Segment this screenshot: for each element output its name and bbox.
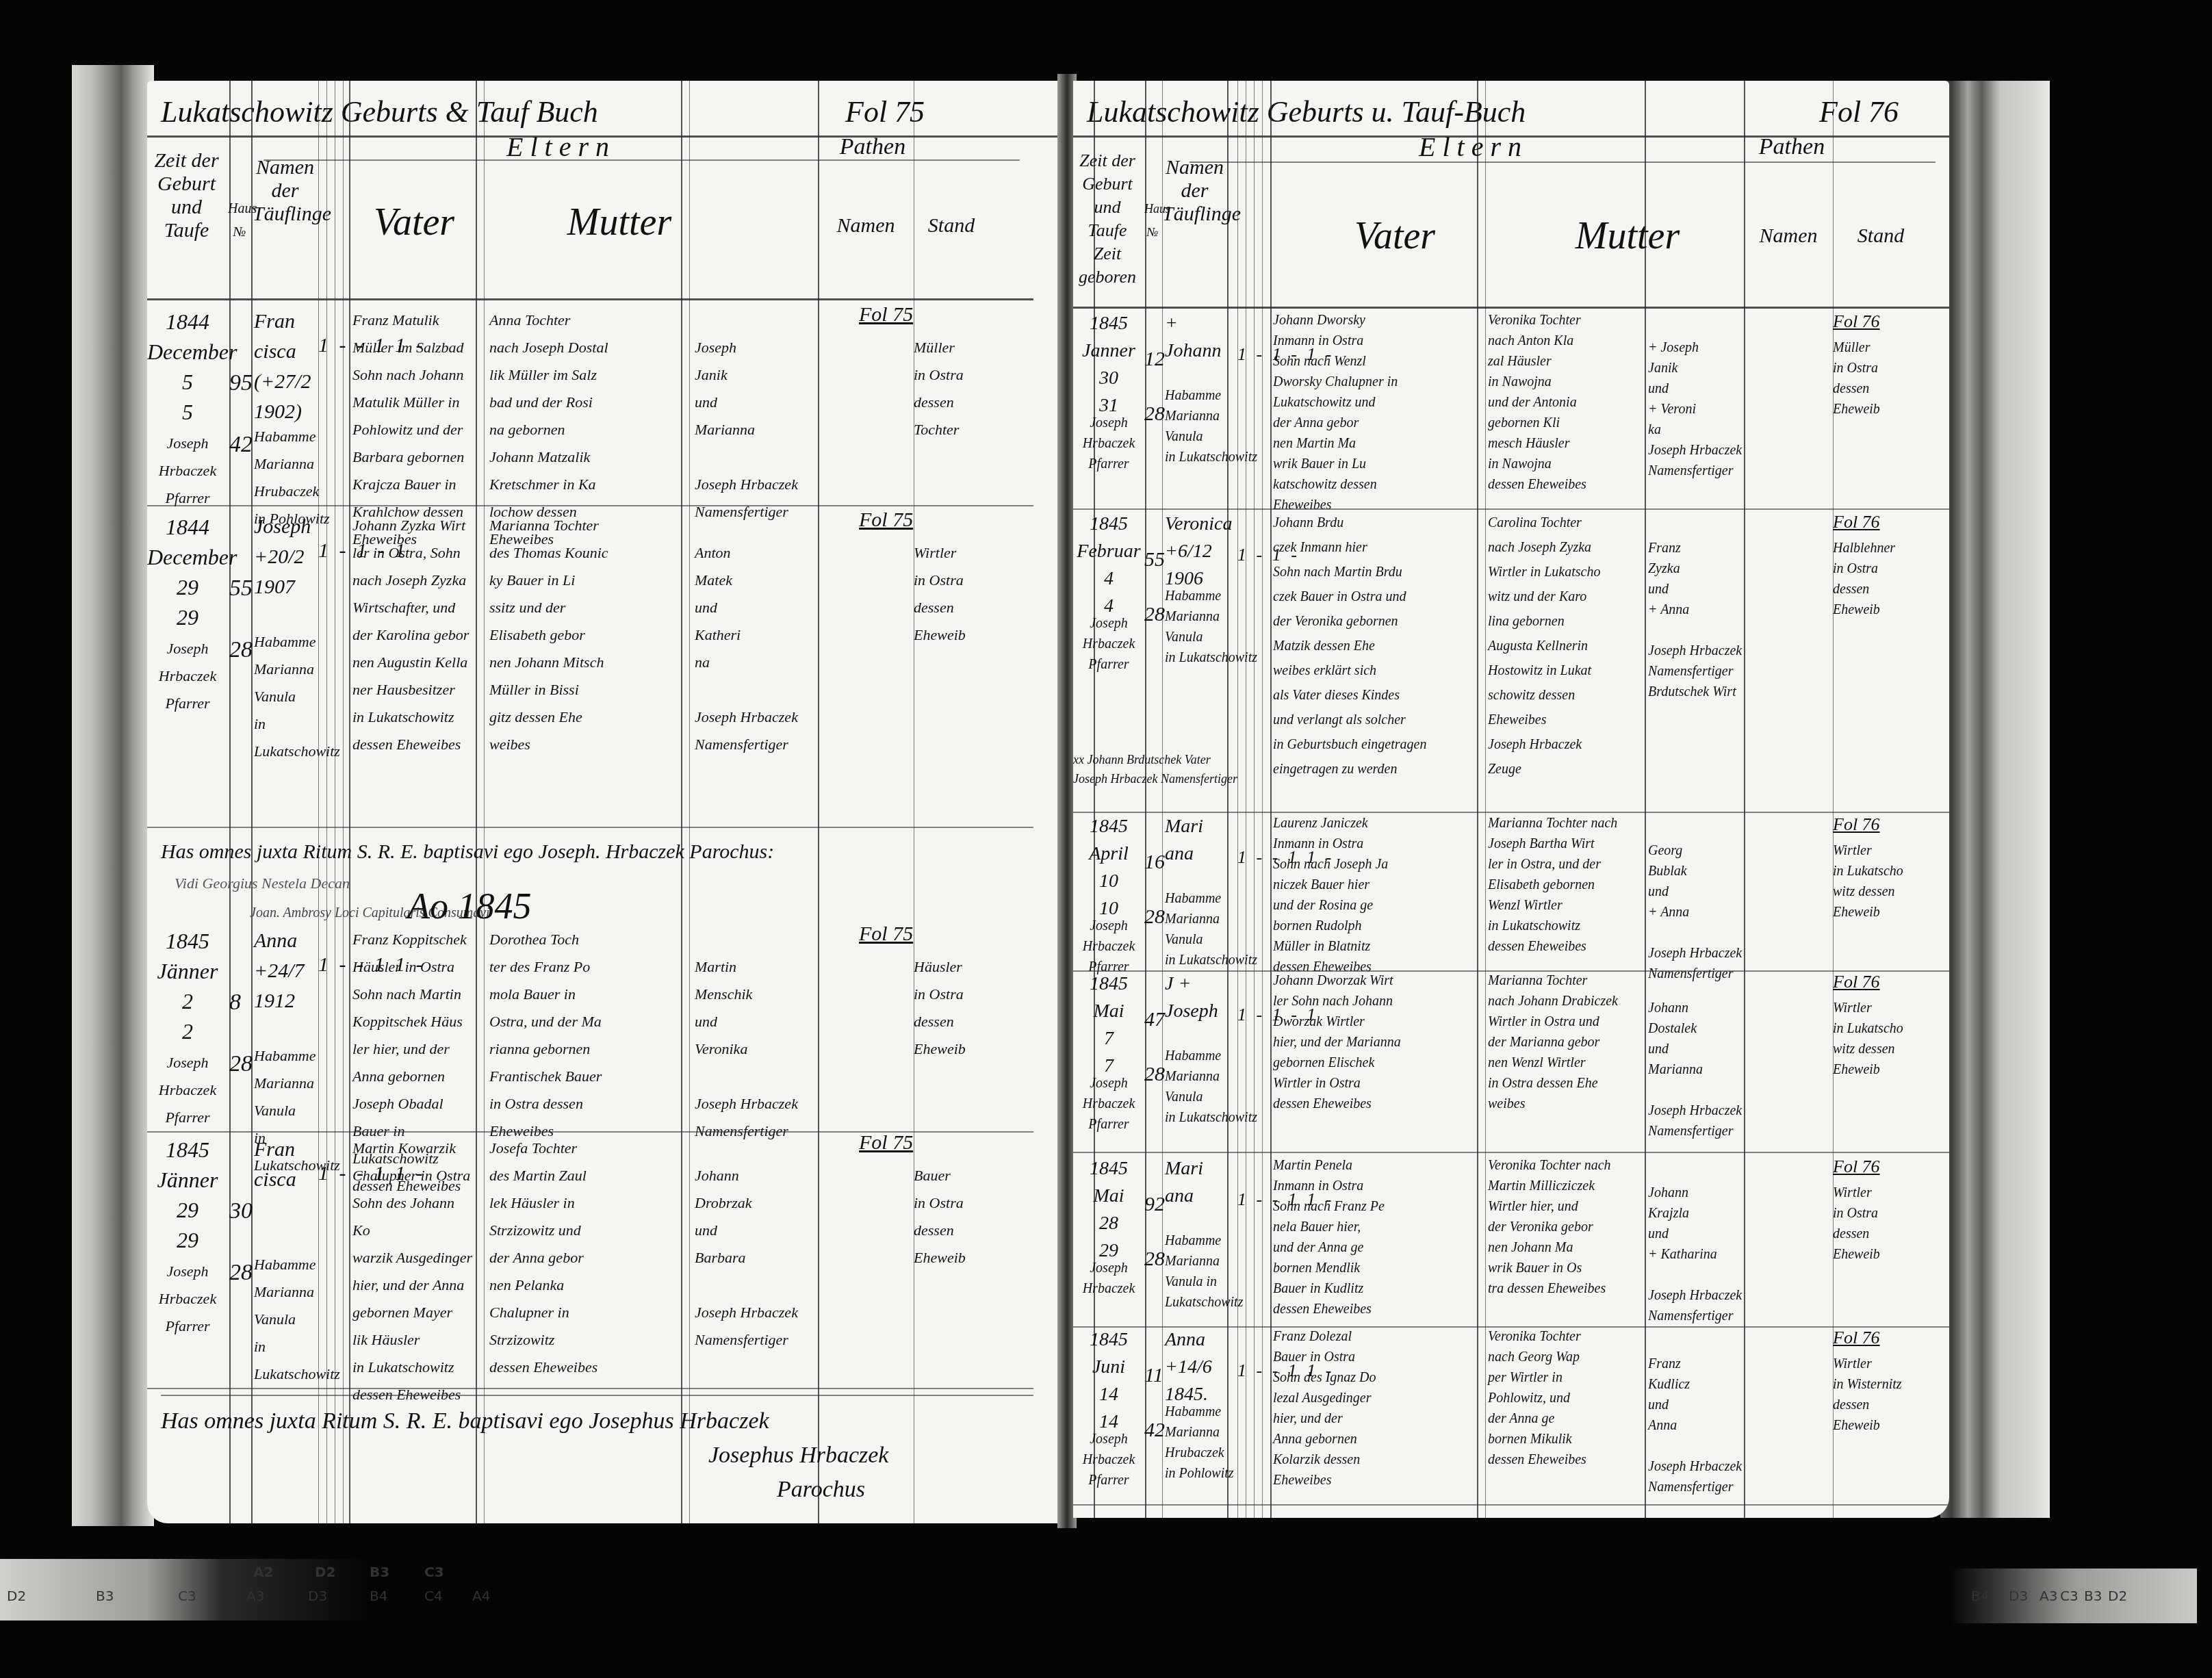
entry-child-name: Fran cisca — [254, 1135, 319, 1195]
entry-priest: Joseph Hrbaczek Pfarrer — [147, 1049, 228, 1131]
entry-midwife: Habamme Marianna Vanula in Lukatschowitz — [1165, 586, 1268, 668]
header-eltern: E l t e r n — [366, 135, 749, 159]
entry-priest: Joseph Hrbaczek Pfarrer — [1073, 1073, 1144, 1135]
entry-house-number: 47 — [1144, 1005, 1165, 1035]
entry-father: Johann Dworzak Wirt ler Sohn nach Johann… — [1273, 970, 1478, 1114]
entry-father: Johann Brdu czek Inmann hier Sohn nach M… — [1273, 511, 1478, 782]
entry-midwife-house: 42 — [229, 430, 253, 460]
left-page: Lukatschowitz Geburts & Tauf Buch Fol 75… — [147, 81, 1061, 1523]
entry-godparents: Johann Drobrzak und Barbara Joseph Hrbac… — [695, 1162, 818, 1354]
ruler-label: D3 — [2009, 1588, 2028, 1604]
left-page-title: Lukatschowitz Geburts & Tauf Buch — [161, 94, 598, 129]
right-page-folio: Fol 76 — [1819, 94, 1899, 129]
ruler-label: C3 — [2060, 1588, 2079, 1604]
entry-house-number: 30 — [229, 1196, 253, 1226]
entry-priest: Joseph Hrbaczek Pfarrer — [147, 635, 228, 717]
entry-child-name: Joseph +20/2 1907 — [254, 512, 319, 602]
entry-mother: Veronika Tochter nach Georg Wap per Wirt… — [1488, 1326, 1645, 1470]
ruler-label: B3 — [96, 1588, 114, 1604]
entry-godparents: Johann Krajzla und + Katharina Joseph Hr… — [1648, 1183, 1744, 1326]
entry-child-name: + Johann — [1165, 310, 1228, 365]
entry-midwife: Habamme Marianna Vanula in Lukatschowitz — [254, 1251, 350, 1388]
entry-house-number: 55 — [1144, 545, 1165, 575]
header-paten-stand: Stand — [1833, 224, 1929, 248]
entry-child-name: Mari ana — [1165, 1155, 1228, 1210]
ruler-label: C3 — [424, 1564, 444, 1580]
entry-mother: Dorothea Toch ter des Franz Po mola Baue… — [489, 926, 681, 1145]
entry-godparent-status: Wirtler in Wisternitz dessen Eheweib — [1833, 1354, 1936, 1436]
entry-midwife-house: 42 — [1144, 1415, 1165, 1445]
header-child-name: Namen der Täuflinge — [1162, 156, 1227, 226]
header-paten-name: Namen — [818, 214, 914, 237]
entry-child-name: Mari ana — [1165, 813, 1228, 868]
signature-name: Josephus Hrbaczek — [708, 1443, 888, 1469]
entry-midwife: Habamme Marianna Vanula in Lukatschowitz — [254, 628, 350, 765]
entry-folio-ref: Fol 75 — [859, 300, 941, 330]
ruler-label: B4 — [1971, 1588, 1989, 1604]
year-heading: Ao 1845 — [407, 885, 532, 927]
entry-midwife-house: 28 — [1144, 599, 1165, 630]
entry-father: Johann Zyzka Wirt ler in Ostra, Sohn nac… — [352, 512, 476, 758]
right-page-title: Lukatschowitz Geburts u. Tauf-Buch — [1087, 94, 1526, 129]
ruler-label: B4 — [370, 1588, 387, 1604]
header-vater: Vater — [352, 211, 476, 234]
entry-mother: Veronika Tochter nach Martin Milliczicze… — [1488, 1155, 1645, 1299]
ruler-label: D2 — [7, 1588, 26, 1604]
entry-godparents: Martin Menschik und Veronika Joseph Hrba… — [695, 953, 818, 1145]
entry-midwife-house: 28 — [1144, 902, 1165, 932]
ruler-label: A3 — [246, 1588, 264, 1604]
entry-folio-ref: Fol 76 — [1833, 1152, 1915, 1182]
closing-attestation: Has omnes juxta Ritum S. R. E. baptisavi… — [161, 1408, 769, 1434]
entry-house-number: 92 — [1144, 1189, 1165, 1219]
ruler-label: B3 — [2084, 1588, 2102, 1604]
entry-midwife: Habamme Marianna Vanula in Lukatschowitz — [1165, 1230, 1268, 1313]
entry-father: Johann Dworsky Inmann in Ostra Sohn nach… — [1273, 310, 1478, 515]
entry-godparents: Georg Bublak und + Anna Joseph Hrbaczek … — [1648, 840, 1744, 984]
entry-child-name: Anna +14/6 1845. — [1165, 1326, 1228, 1408]
entry-midwife-house: 28 — [229, 1049, 253, 1079]
entry-date: 1845 Juni 14 14 — [1073, 1326, 1144, 1436]
entry-mother: Marianna Tochter des Thomas Kounic ky Ba… — [489, 512, 681, 758]
entry-child-name: Veronica +6/12 1906 — [1165, 511, 1228, 593]
book-cover-right-edge — [1940, 81, 2050, 1518]
ruler-label: C4 — [424, 1588, 443, 1604]
entry-father: Franz Dolezal Bauer in Ostra Sohn des Ig… — [1273, 1326, 1478, 1490]
entry-priest: Joseph Hrbaczek — [1073, 1258, 1144, 1299]
entry-godparents: Johann Dostalek und Marianna Joseph Hrba… — [1648, 998, 1744, 1141]
entry-folio-ref: Fol 75 — [859, 1128, 941, 1158]
entry-date: 1844 December 5 5 — [147, 307, 228, 427]
entry-midwife: Habamme Marianna Vanula in Lukatschowitz — [1165, 1046, 1268, 1128]
entry-father: Laurenz Janiczek Inmann in Ostra Sohn na… — [1273, 813, 1478, 977]
entry-folio-ref: Fol 75 — [859, 919, 941, 949]
entry-folio-ref: Fol 76 — [1833, 307, 1915, 337]
entry-date: 1844 December 29 29 — [147, 512, 228, 632]
entry-annotation: xx Johann Brdutschek Vater Joseph Hrbacz… — [1073, 750, 1484, 788]
entry-godparents: Joseph Janik und Marianna Joseph Hrbacze… — [695, 334, 818, 526]
ruler-label: A2 — [253, 1564, 273, 1580]
entry-godparents: Franz Kudlicz und Anna Joseph Hrbaczek N… — [1648, 1354, 1744, 1497]
entry-godparents: + Joseph Janik und + Veroni ka Joseph Hr… — [1648, 337, 1744, 481]
entry-mother: Marianna Tochter nach Joseph Bartha Wirt… — [1488, 813, 1645, 957]
entry-father: Martin Kowarzik Chalupner in Ostra Sohn … — [352, 1135, 476, 1408]
entry-house-number: 16 — [1144, 847, 1165, 877]
entry-date: 1845 Janner 30 31 — [1073, 310, 1144, 419]
entry-date: 1845 Februar 4 4 — [1073, 511, 1144, 620]
entry-godparents: Franz Zyzka und + Anna Joseph Hrbaczek N… — [1648, 538, 1744, 702]
entry-house-number: 8 — [229, 988, 253, 1018]
entry-date: 1845 April 10 10 — [1073, 813, 1144, 922]
header-paten: Pathen — [818, 135, 927, 159]
entry-midwife-house: 28 — [1144, 1059, 1165, 1089]
entry-midwife: Habamme Marianna Hrubaczek in Pohlowitz — [1165, 1402, 1268, 1484]
entry-midwife: Habamme Marianna Vanula in Lukatschowitz — [1165, 888, 1268, 970]
book-cover-left-edge — [72, 65, 154, 1526]
entry-folio-ref: Fol 76 — [1833, 967, 1915, 997]
ruler-label: A3 — [2040, 1588, 2057, 1604]
entry-godparent-status: Wirtler in Lukatscho witz dessen Eheweib — [1833, 840, 1936, 922]
entry-godparent-status: Halblehner in Ostra dessen Eheweib — [1833, 538, 1936, 620]
entry-priest: Joseph Hrbaczek Pfarrer — [1073, 613, 1144, 675]
entry-mother: Josefa Tochter des Martin Zaul lek Häusl… — [489, 1135, 681, 1381]
entry-midwife-house: 28 — [1144, 399, 1165, 429]
header-time-of-birth: Zeit der Geburt und Taufe Zeit geboren — [1073, 149, 1142, 289]
entry-priest: Joseph Hrbaczek Pfarrer — [147, 1258, 228, 1340]
entry-godparents: Anton Matek und Katheri na Joseph Hrbacz… — [695, 539, 818, 758]
entry-mother: Carolina Tochter nach Joseph Zyzka Wirtl… — [1488, 511, 1645, 782]
entry-midwife-house: 28 — [1144, 1244, 1165, 1274]
entry-house-number: 12 — [1144, 344, 1165, 374]
entry-priest: Joseph Hrbaczek Pfarrer — [147, 430, 228, 512]
entry-godparent-status: Bauer in Ostra dessen Eheweib — [914, 1162, 989, 1272]
entry-child-name: Anna +24/7 1912 — [254, 926, 319, 1016]
header-house-number: Haus № — [1144, 197, 1161, 244]
entry-godparent-status: Wirtler in Ostra dessen Eheweib — [914, 539, 989, 649]
header-mutter: Mutter — [558, 211, 681, 234]
entry-godparent-status: Müller in Ostra dessen Tochter — [914, 334, 989, 443]
entry-mother: Marianna Tochter nach Johann Drabiczek W… — [1488, 970, 1645, 1114]
entry-folio-ref: Fol 75 — [859, 505, 941, 535]
header-house-number: Haus № — [228, 197, 251, 244]
entry-midwife-house: 28 — [229, 1258, 253, 1288]
left-page-folio: Fol 75 — [845, 94, 925, 129]
signature-role: Parochus — [777, 1477, 865, 1503]
entry-date: 1845 Jänner 29 29 — [147, 1135, 228, 1255]
ruler-label: D2 — [315, 1564, 336, 1580]
header-paten: Pathen — [1744, 135, 1840, 159]
ruler-label: B3 — [370, 1564, 389, 1580]
ruler-label: D3 — [308, 1588, 327, 1604]
ruler-label: A4 — [472, 1588, 490, 1604]
header-paten-stand: Stand — [914, 214, 989, 237]
visitation-note: Vidi Georgius Nestela Decan — [175, 875, 350, 892]
entry-date: 1845 Mai 7 7 — [1073, 970, 1144, 1080]
entry-godparent-status: Wirtler in Lukatscho witz dessen Eheweib — [1833, 998, 1936, 1080]
entry-child-name: J + Joseph — [1165, 970, 1228, 1025]
entry-priest: Joseph Hrbaczek Pfarrer — [1073, 916, 1144, 977]
ruler-label: C3 — [178, 1588, 196, 1604]
entry-house-number: 11 — [1144, 1360, 1165, 1391]
entry-priest: Joseph Hrbaczek Pfarrer — [1073, 1429, 1144, 1490]
header-mutter: Mutter — [1566, 224, 1689, 248]
header-eltern: E l t e r n — [1278, 135, 1662, 159]
entry-date: 1845 Mai 28 29 — [1073, 1155, 1144, 1265]
entry-house-number: 55 — [229, 573, 253, 604]
entry-folio-ref: Fol 76 — [1833, 810, 1915, 840]
ruler-label: D2 — [2108, 1588, 2127, 1604]
entry-house-number: 95 — [229, 368, 253, 398]
entry-priest: Joseph Hrbaczek Pfarrer — [1073, 413, 1144, 474]
entry-father: Martin Penela Inmann in Ostra Sohn nach … — [1273, 1155, 1478, 1319]
entry-godparent-status: Häusler in Ostra dessen Eheweib — [914, 953, 989, 1063]
entry-godparent-status: Wirtler in Ostra dessen Eheweib — [1833, 1183, 1936, 1265]
entry-folio-ref: Fol 76 — [1833, 1323, 1915, 1353]
header-paten-name: Namen — [1744, 224, 1833, 248]
entry-folio-ref: Fol 76 — [1833, 507, 1915, 537]
entry-mother: Veronika Tochter nach Anton Kla zal Häus… — [1488, 310, 1645, 495]
entry-date: 1845 Jänner 2 2 — [147, 926, 228, 1046]
header-vater: Vater — [1333, 224, 1456, 248]
entry-midwife-house: 28 — [229, 635, 253, 665]
entry-midwife: Habamme Marianna Vanula in Lukatschowitz — [1165, 385, 1268, 467]
header-child-name: Namen der Täuflinge — [253, 156, 318, 226]
header-time-of-birth: Zeit der Geburt und Taufe — [147, 149, 226, 242]
baptism-attestation-note: Has omnes juxta Ritum S. R. E. baptisavi… — [161, 840, 774, 864]
right-page: Lukatschowitz Geburts u. Tauf-Buch Fol 7… — [1073, 81, 1949, 1518]
entry-godparent-status: Müller in Ostra dessen Eheweib — [1833, 337, 1936, 419]
entry-child-name: Fran cisca (+27/2 1902) — [254, 307, 319, 427]
